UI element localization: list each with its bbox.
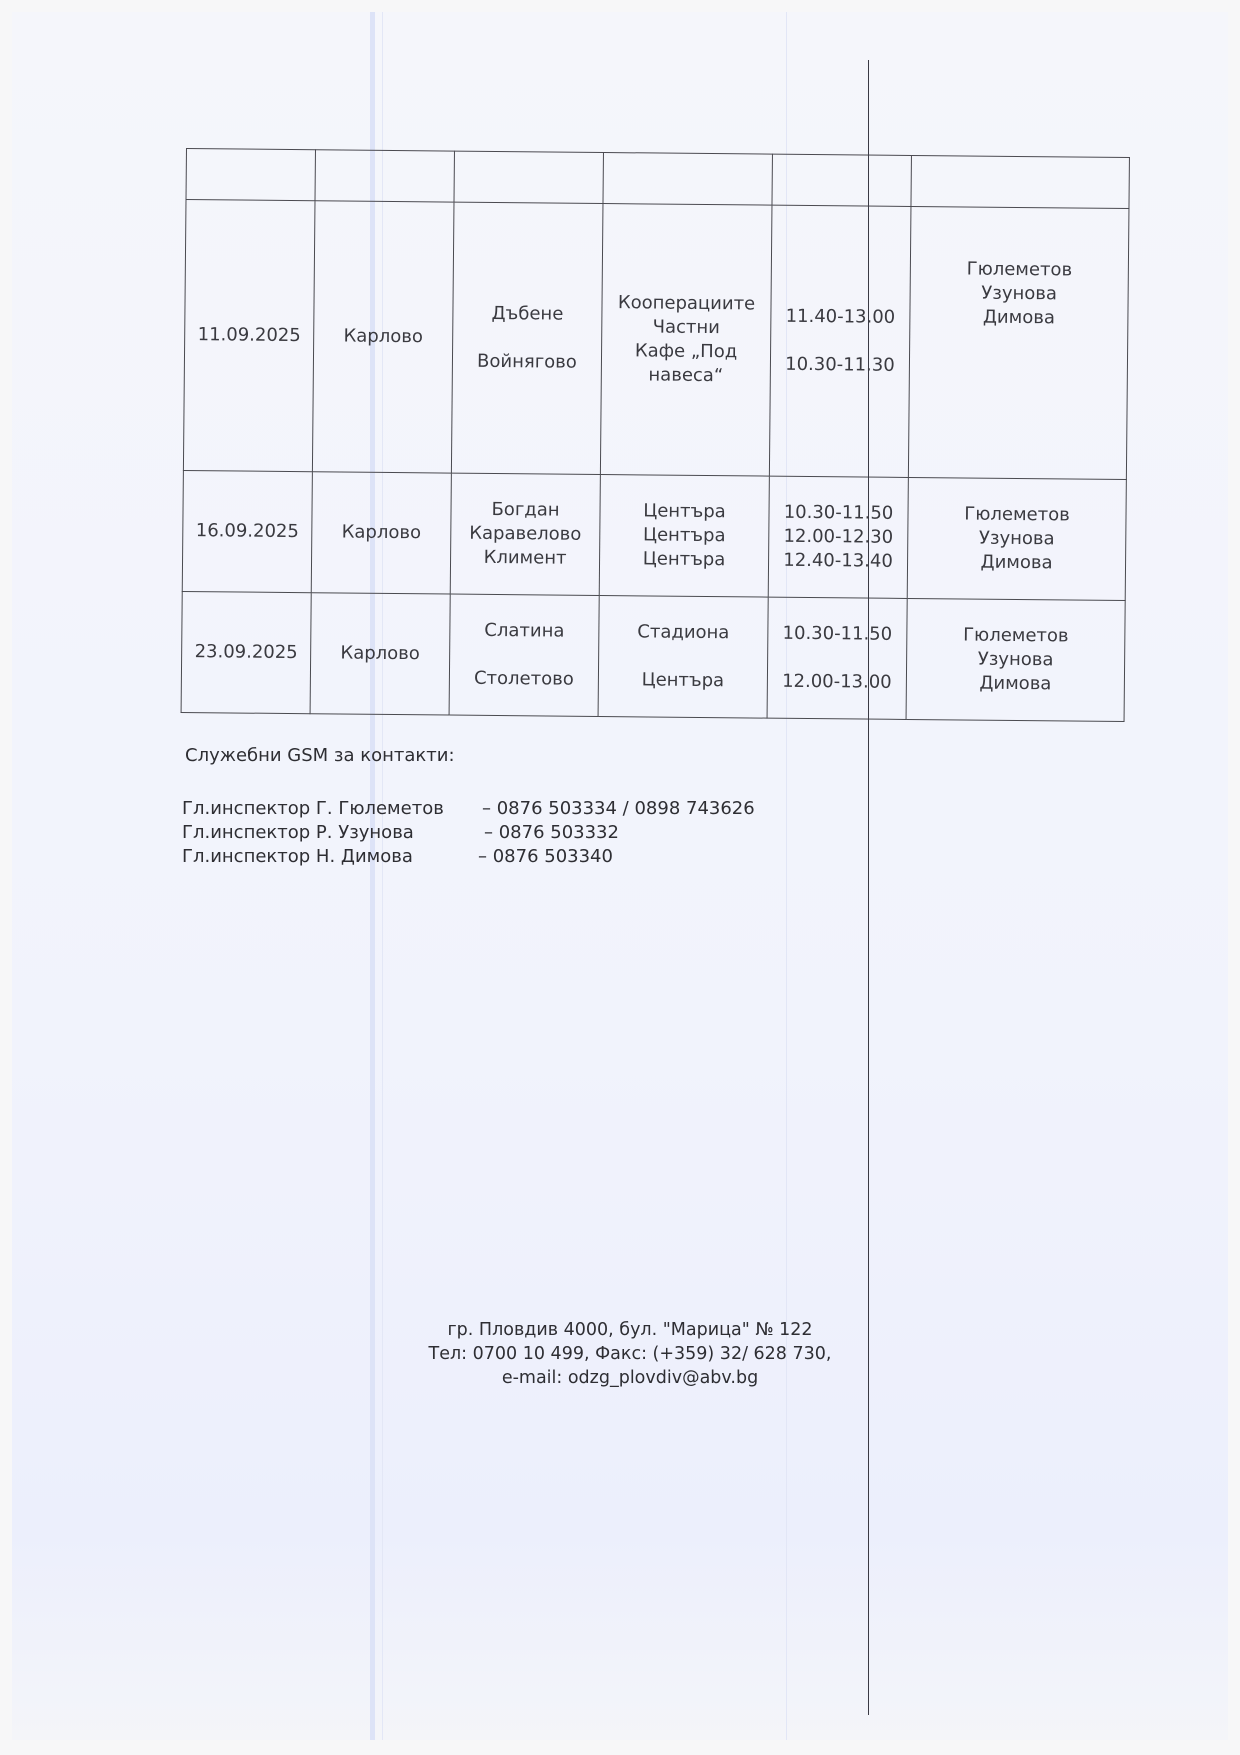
municipality-cell: Карлово <box>312 201 454 473</box>
village: Дъбене <box>457 302 597 327</box>
municipality-cell: Карлово <box>311 472 451 594</box>
contacts-list: Гл.инспектор Г. Гюлеметов – 0876 503334 … <box>182 797 755 869</box>
places-cell: Стадиона Центъра <box>598 595 768 718</box>
times-cell: 10.30-11.50 12.00-12.30 12.40-13.40 <box>768 476 908 598</box>
times-cell: 10.30-11.50 12.00-13.00 <box>767 597 907 719</box>
header-cell <box>911 155 1129 208</box>
inspector: Димова <box>914 305 1123 331</box>
contact-phone: – 0876 503334 / 0898 743626 <box>482 797 755 821</box>
contact-row: Гл.инспектор Г. Гюлеметов – 0876 503334 … <box>182 797 755 821</box>
inspector: Димова <box>912 550 1121 576</box>
table-header-row <box>186 149 1129 209</box>
date-cell: 16.09.2025 <box>182 470 312 592</box>
villages-cell: Дъбене Войнягово <box>451 202 603 474</box>
inspectors-cell: Гюлеметов Узунова Димова <box>907 477 1126 600</box>
place: Стадиона <box>603 620 763 646</box>
time: 11.40-13.00 <box>775 305 905 330</box>
table-row: 11.09.2025 Карлово Дъбене Войнягово Кооп… <box>183 200 1129 480</box>
municipality-cell: Карлово <box>310 593 450 715</box>
page-footer: гр. Пловдив 4000, бул. "Марица" № 122 Те… <box>380 1318 880 1390</box>
time: 12.00-13.00 <box>772 670 902 695</box>
villages-cell: Богдан Каравелово Климент <box>450 473 600 595</box>
contact-row: Гл.инспектор Р. Узунова – 0876 503332 <box>182 821 755 845</box>
times-cell: 11.40-13.00 10.30-11.30 <box>769 205 911 477</box>
header-cell <box>772 154 911 206</box>
header-cell <box>454 151 603 203</box>
inspector: Узунова <box>912 526 1121 552</box>
time: 10.30-11.30 <box>775 353 905 378</box>
inspectors-cell: Гюлеметов Узунова Димова <box>908 206 1129 479</box>
village: Климент <box>455 546 595 571</box>
footer-phones: Тел: 0700 10 499, Факс: (+359) 32/ 628 7… <box>380 1342 880 1366</box>
scan-artifact-line <box>868 60 869 1715</box>
place: Центъра <box>603 668 763 694</box>
schedule-table: 11.09.2025 Карлово Дъбене Войнягово Кооп… <box>181 148 1130 722</box>
places-cell: Кооперациите Частни Кафе „Под навеса“ <box>600 204 772 477</box>
village: Войнягово <box>457 350 597 375</box>
contact-name: Гл.инспектор Р. Узунова <box>182 821 484 845</box>
inspector: Узунова <box>911 647 1120 673</box>
inspector: Гюлеметов <box>912 502 1121 528</box>
time: 10.30-11.50 <box>772 622 902 647</box>
place: Частни <box>606 315 766 341</box>
time: 10.30-11.50 <box>773 501 903 526</box>
inspector: Узунова <box>915 281 1124 307</box>
table-row: 23.09.2025 Карлово Слатина Столетово Ста… <box>181 591 1125 721</box>
contact-row: Гл.инспектор Н. Димова – 0876 503340 <box>182 845 755 869</box>
place: навеса“ <box>606 363 766 389</box>
place: Центъра <box>604 499 764 525</box>
time: 12.40-13.40 <box>773 549 903 574</box>
contact-name: Гл.инспектор Н. Димова <box>182 845 478 869</box>
footer-email[interactable]: e-mail: odzg_plovdiv@abv.bg <box>380 1366 880 1390</box>
villages-cell: Слатина Столетово <box>449 594 599 716</box>
places-cell: Центъра Центъра Центъра <box>599 474 769 597</box>
inspector: Димова <box>911 671 1120 697</box>
date-cell: 11.09.2025 <box>183 200 315 472</box>
inspector: Гюлеметов <box>911 623 1120 649</box>
contact-phone: – 0876 503340 <box>478 845 613 869</box>
footer-address: гр. Пловдив 4000, бул. "Марица" № 122 <box>380 1318 880 1342</box>
village: Слатина <box>454 619 594 644</box>
village: Богдан <box>455 498 595 523</box>
inspector: Гюлеметов <box>915 257 1124 283</box>
place: Центъра <box>604 547 764 573</box>
place: Кафе „Под <box>606 339 766 365</box>
place: Кооперациите <box>606 291 766 317</box>
village: Каравелово <box>455 522 595 547</box>
contact-phone: – 0876 503332 <box>484 821 619 845</box>
inspectors-cell: Гюлеметов Узунова Димова <box>906 598 1125 721</box>
contact-name: Гл.инспектор Г. Гюлеметов <box>182 797 482 821</box>
table-row: 16.09.2025 Карлово Богдан Каравелово Кли… <box>182 470 1126 600</box>
village: Столетово <box>454 667 594 692</box>
place: Центъра <box>604 523 764 549</box>
header-cell <box>315 150 454 202</box>
header-cell <box>186 149 315 201</box>
time: 12.00-12.30 <box>773 525 903 550</box>
contacts-heading: Служебни GSM за контакти: <box>185 745 455 766</box>
date-cell: 23.09.2025 <box>181 591 311 713</box>
header-cell <box>603 153 772 206</box>
